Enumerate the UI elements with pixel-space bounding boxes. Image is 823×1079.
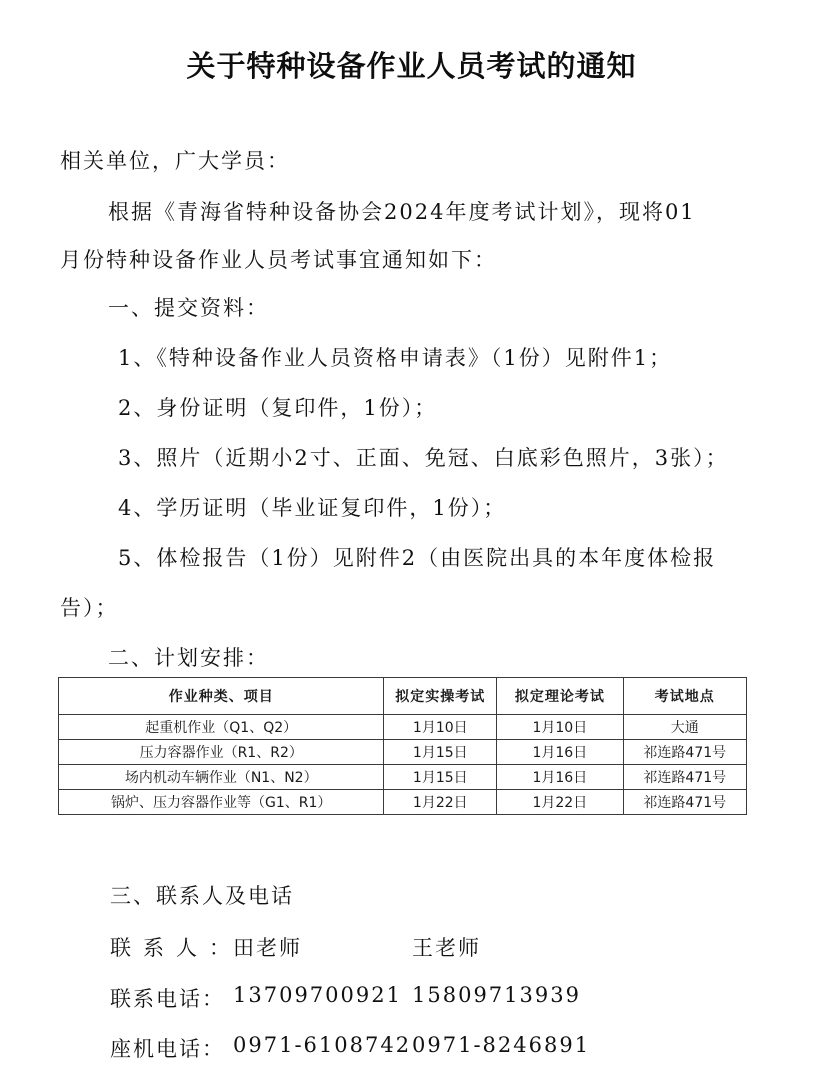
required-document-item-2: 2、身份证明（复印件，1份）； [118,395,437,421]
landline-phone-label: 座机电话： [110,1033,225,1063]
contact-person-1: 田老师 [233,932,302,962]
contact-person-2: 王老师 [412,932,481,962]
cell-theory-date: 1月16日 [497,765,623,790]
section-2-heading: 二、计划安排： [108,645,269,671]
cell-practical-date: 1月15日 [384,740,497,765]
column-header-category: 作业种类、项目 [59,678,384,715]
cell-location: 祁连路471号 [623,790,746,815]
table-row: 压力容器作业（R1、R2） 1月15日 1月16日 祁连路471号 [59,740,747,765]
cell-category: 起重机作业（Q1、Q2） [59,715,384,740]
column-header-practical-exam: 拟定实操考试 [384,678,497,715]
document-title: 关于特种设备作业人员考试的通知 [0,44,823,85]
cell-practical-date: 1月15日 [384,765,497,790]
cell-theory-date: 1月16日 [497,740,623,765]
contact-person-label: 联系人： [110,932,242,962]
cell-location: 大通 [623,715,746,740]
cell-theory-date: 1月22日 [497,790,623,815]
cell-practical-date: 1月22日 [384,790,497,815]
table-row: 场内机动车辆作业（N1、N2） 1月15日 1月16日 祁连路471号 [59,765,747,790]
landline-phone-2: 0971-8246891 [412,1033,590,1057]
table-row: 起重机作业（Q1、Q2） 1月10日 1月10日 大通 [59,715,747,740]
required-document-item-3: 3、照片（近期小2寸、正面、免冠、白底彩色照片，3张）； [118,445,729,471]
mobile-phone-2: 15809713939 [412,983,581,1007]
salutation: 相关单位，广大学员： [60,148,290,174]
required-document-item-5: 5、体检报告（1份）见附件2（由医院出具的本年度体检报 [118,545,716,571]
cell-theory-date: 1月10日 [497,715,623,740]
required-document-item-1: 1、《特种设备作业人员资格申请表》（1份）见附件1； [118,345,672,371]
cell-practical-date: 1月10日 [384,715,497,740]
cell-location: 祁连路471号 [623,740,746,765]
mobile-phone-label: 联系电话： [110,983,225,1013]
intro-paragraph-line-1: 根据《青海省特种设备协会2024年度考试计划》，现将01 [108,199,696,225]
required-document-item-4: 4、学历证明（毕业证复印件，1份）； [118,495,506,521]
table-row: 锅炉、压力容器作业等（G1、R1） 1月22日 1月22日 祁连路471号 [59,790,747,815]
cell-category: 锅炉、压力容器作业等（G1、R1） [59,790,384,815]
exam-schedule-table: 作业种类、项目 拟定实操考试 拟定理论考试 考试地点 起重机作业（Q1、Q2） … [58,677,747,815]
table-header-row: 作业种类、项目 拟定实操考试 拟定理论考试 考试地点 [59,678,747,715]
mobile-phone-1: 13709700921 [233,983,402,1007]
required-document-item-5-continuation: 告）； [60,595,119,621]
landline-phone-1: 0971-6108742 [233,1033,411,1057]
column-header-theory-exam: 拟定理论考试 [497,678,623,715]
cell-category: 场内机动车辆作业（N1、N2） [59,765,384,790]
section-3-heading: 三、联系人及电话 [110,883,294,909]
intro-paragraph-line-2: 月份特种设备作业人员考试事宜通知如下： [60,247,497,273]
column-header-location: 考试地点 [623,678,746,715]
cell-category: 压力容器作业（R1、R2） [59,740,384,765]
section-1-heading: 一、提交资料： [108,295,269,321]
cell-location: 祁连路471号 [623,765,746,790]
